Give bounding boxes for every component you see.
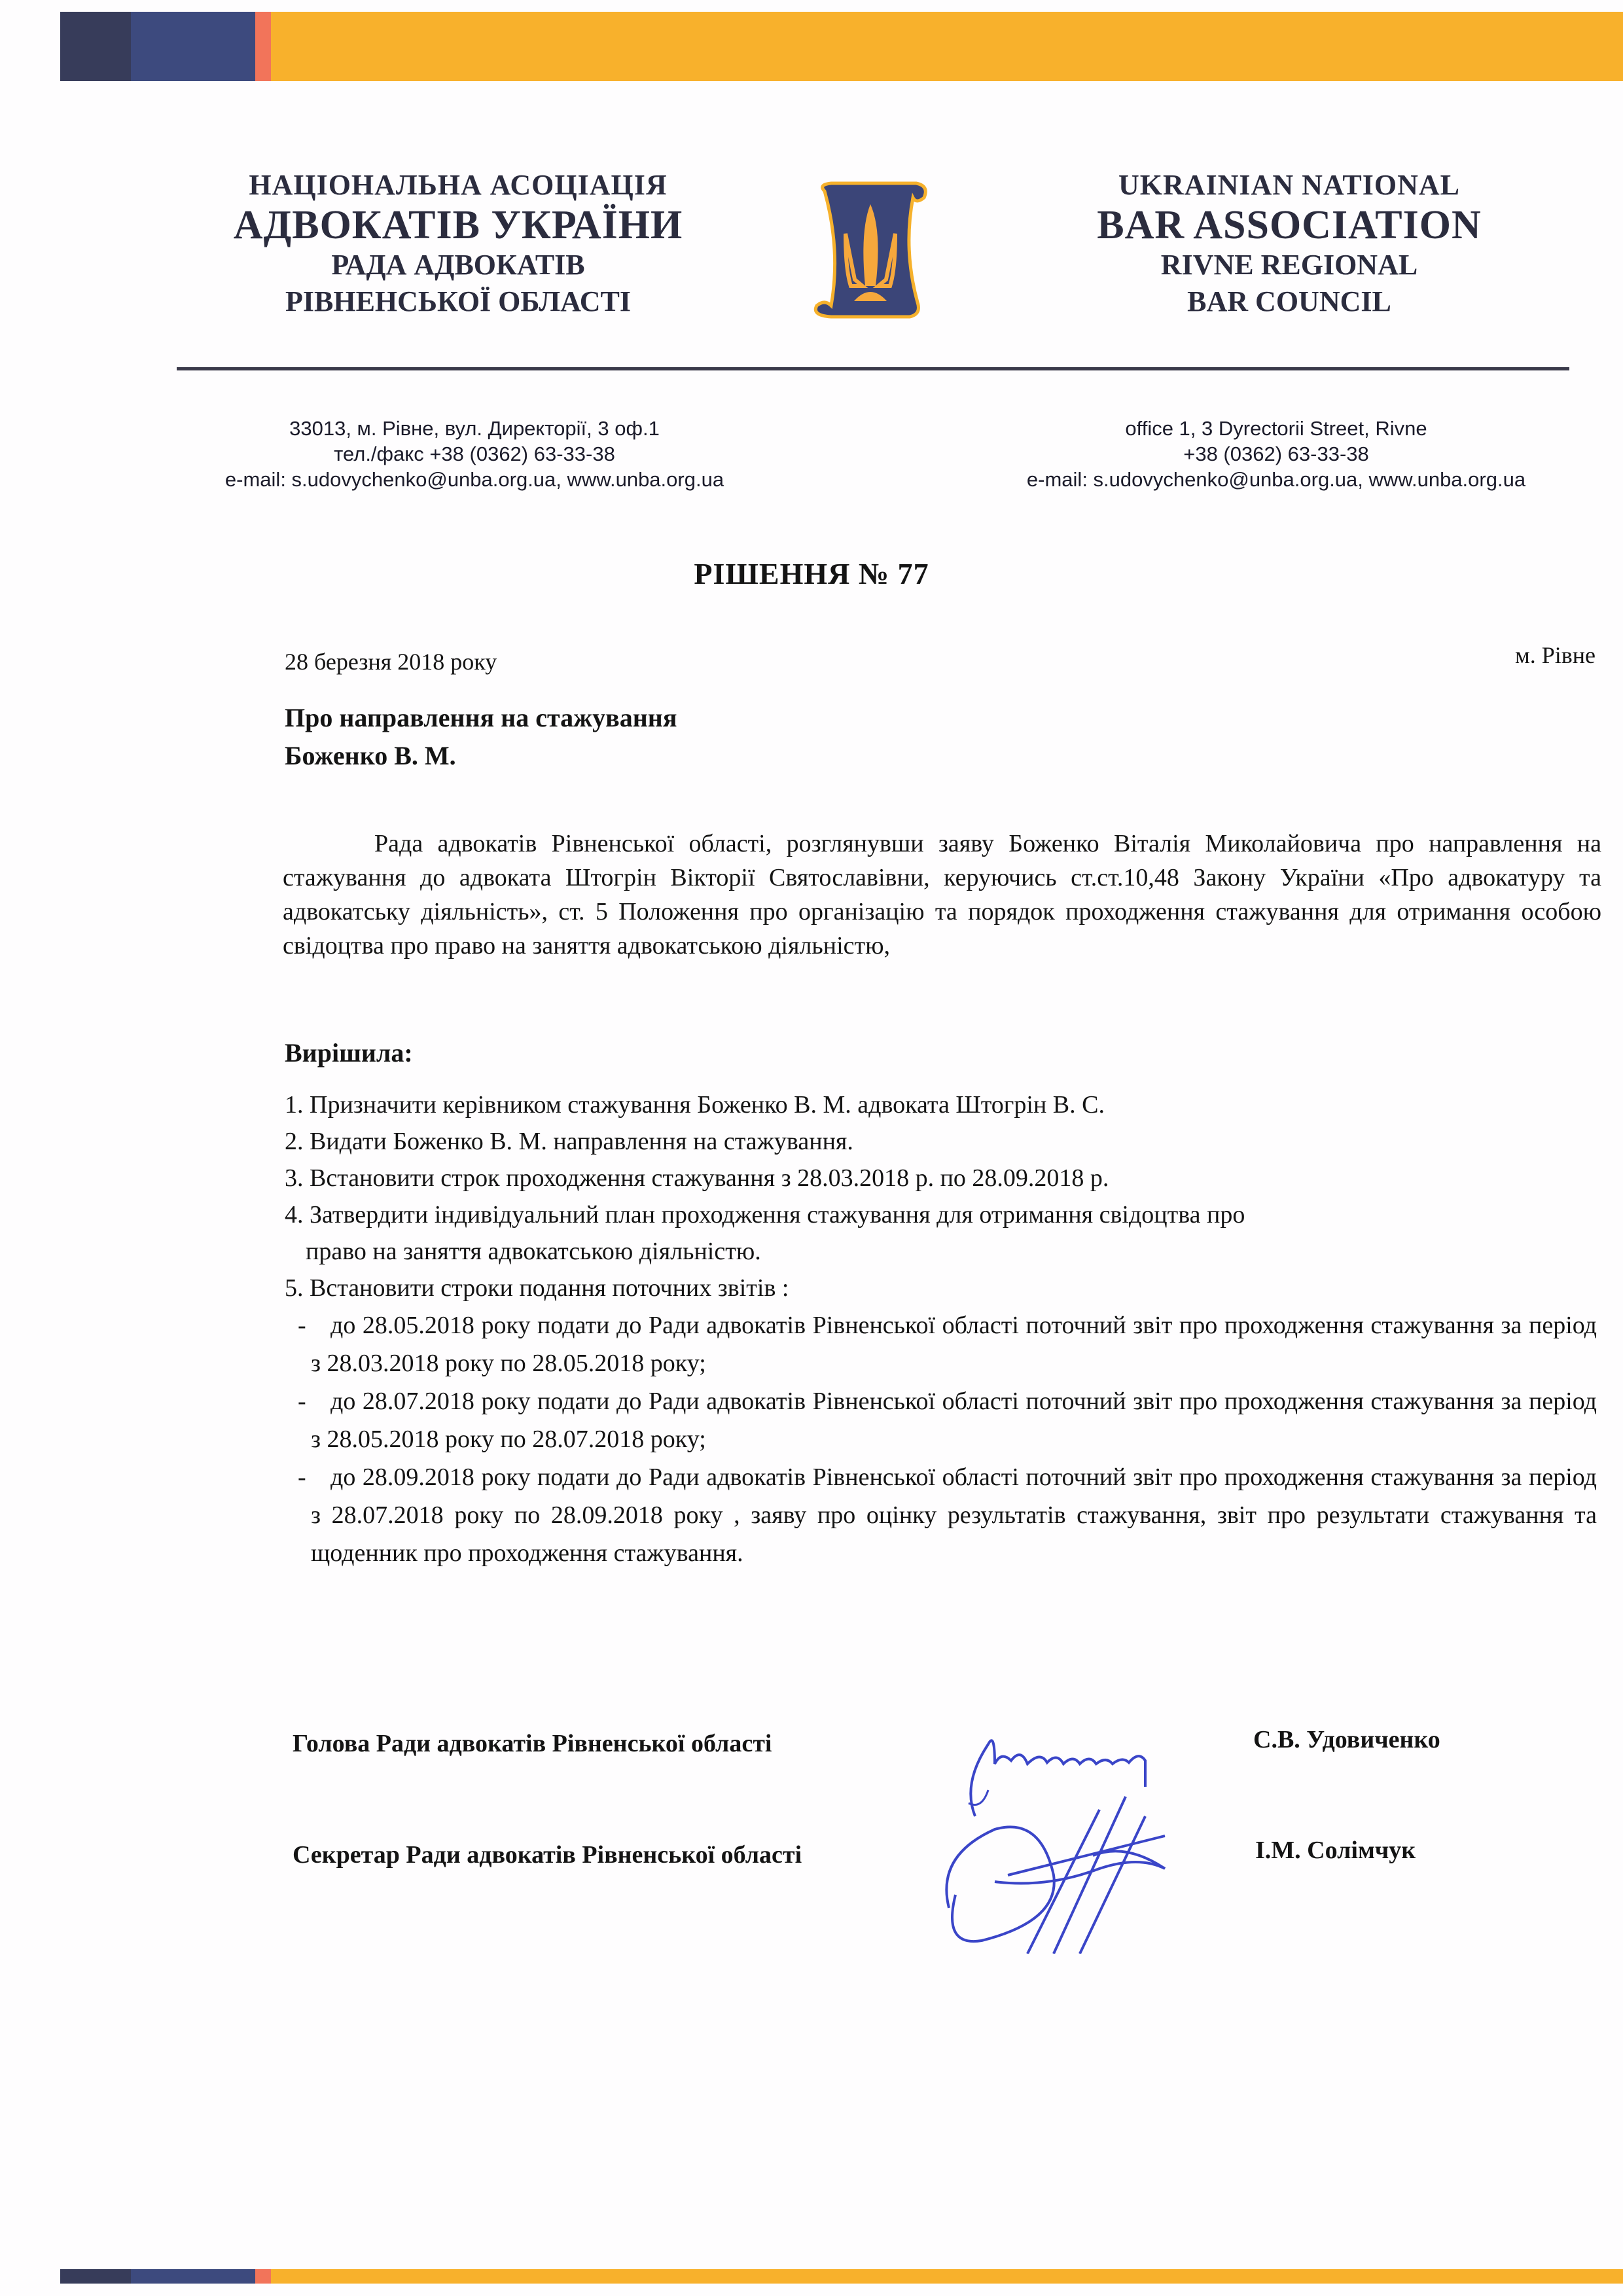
org-name-en-line1: UKRAINIAN NATIONAL bbox=[1027, 167, 1551, 204]
address-block-english: office 1, 3 Dyrectorii Street, Rivne +38… bbox=[949, 416, 1603, 492]
bar-orange-segment bbox=[271, 2269, 1623, 2284]
decision-item-5: 5. Встановити строки подання поточних зв… bbox=[285, 1270, 1597, 1306]
signatory-role-chair: Голова Ради адвокатів Рівненської област… bbox=[293, 1729, 772, 1758]
document-city: м. Рівне bbox=[1515, 641, 1596, 669]
letterhead-top-color-bar bbox=[60, 12, 1623, 81]
bar-navy-dark-segment bbox=[60, 2269, 131, 2284]
report-deadline-text: до 28.09.2018 року подати до Ради адвока… bbox=[311, 1463, 1597, 1567]
resolved-heading: Вирішила: bbox=[285, 1037, 413, 1068]
document-title: РІШЕННЯ № 77 bbox=[0, 556, 1623, 591]
report-deadline-item: -до 28.09.2018 року подати до Ради адвок… bbox=[285, 1458, 1597, 1572]
address-email-en: e-mail: s.udovychenko@unba.org.ua, www.u… bbox=[949, 467, 1603, 492]
subject-line1: Про направлення на стажування bbox=[285, 699, 677, 737]
scroll-trident-quill-icon bbox=[805, 171, 936, 329]
list-dash: - bbox=[298, 1458, 330, 1496]
address-phone: тел./факс +38 (0362) 63-33-38 bbox=[164, 441, 785, 467]
address-street-en: office 1, 3 Dyrectorii Street, Rivne bbox=[949, 416, 1603, 441]
council-name-line2: РІВНЕНСЬКОЇ ОБЛАСТІ bbox=[196, 283, 720, 320]
decision-item: 1. Призначити керівником стажування Боже… bbox=[285, 1086, 1597, 1123]
preamble-paragraph: Рада адвокатів Рівненської області, розг… bbox=[283, 827, 1601, 963]
letterhead-divider bbox=[177, 367, 1569, 370]
letterhead-ukrainian: НАЦІОНАЛЬНА АСОЦІАЦІЯ АДВОКАТІВ УКРАЇНИ … bbox=[196, 167, 720, 320]
bar-red-segment bbox=[255, 12, 271, 81]
decision-4-line2: право на заняття адвокатською діяльністю… bbox=[285, 1233, 1597, 1270]
report-deadline-text: до 28.05.2018 року подати до Ради адвока… bbox=[311, 1312, 1597, 1377]
document-date: 28 березня 2018 року bbox=[285, 648, 497, 675]
decision-item: 2. Видати Боженко В. М. направлення на с… bbox=[285, 1123, 1597, 1160]
bar-navy-segment bbox=[131, 12, 255, 81]
address-phone-en: +38 (0362) 63-33-38 bbox=[949, 441, 1603, 467]
document-subject: Про направлення на стажування Боженко В.… bbox=[285, 699, 677, 775]
report-deadline-item: -до 28.07.2018 року подати до Ради адвок… bbox=[285, 1382, 1597, 1458]
council-name-line1: РАДА АДВОКАТІВ bbox=[196, 247, 720, 283]
bar-red-segment bbox=[255, 2269, 271, 2284]
signatory-role-secretary: Секретар Ради адвокатів Рівненської обла… bbox=[293, 1840, 802, 1869]
report-deadline-text: до 28.07.2018 року подати до Ради адвока… bbox=[311, 1388, 1597, 1453]
subject-line2: Боженко В. М. bbox=[285, 737, 677, 775]
decision-4-line1: 4. Затвердити індивідуальний план проход… bbox=[285, 1201, 1245, 1229]
signatory-name-chair: С.В. Удовиченко bbox=[1253, 1725, 1440, 1754]
address-street: 33013, м. Рівне, вул. Директорії, 3 оф.1 bbox=[164, 416, 785, 441]
list-dash: - bbox=[298, 1306, 330, 1344]
org-name-line1: НАЦІОНАЛЬНА АСОЦІАЦІЯ bbox=[196, 167, 720, 204]
org-name-line2: АДВОКАТІВ УКРАЇНИ bbox=[196, 204, 720, 247]
handwritten-signature-secretary bbox=[929, 1790, 1296, 1954]
bar-navy-dark-segment bbox=[60, 12, 131, 81]
letterhead-bottom-color-bar bbox=[60, 2269, 1623, 2284]
council-name-en-line2: BAR COUNCIL bbox=[1027, 283, 1551, 320]
report-deadline-item: -до 28.05.2018 року подати до Ради адвок… bbox=[285, 1306, 1597, 1382]
list-dash: - bbox=[298, 1382, 330, 1420]
address-block-ukrainian: 33013, м. Рівне, вул. Директорії, 3 оф.1… bbox=[164, 416, 785, 492]
decision-item-4: 4. Затвердити індивідуальний план проход… bbox=[285, 1196, 1597, 1270]
org-name-en-line2: BAR ASSOCIATION bbox=[1027, 204, 1551, 247]
council-name-en-line1: RIVNE REGIONAL bbox=[1027, 247, 1551, 283]
signatory-name-secretary: І.М. Солімчук bbox=[1255, 1836, 1416, 1865]
bar-orange-segment bbox=[271, 12, 1623, 81]
address-email: e-mail: s.udovychenko@unba.org.ua, www.u… bbox=[164, 467, 785, 492]
decisions-list: 1. Призначити керівником стажування Боже… bbox=[285, 1086, 1597, 1572]
letterhead-english: UKRAINIAN NATIONAL BAR ASSOCIATION RIVNE… bbox=[1027, 167, 1551, 320]
decision-item: 3. Встановити строк проходження стажуван… bbox=[285, 1160, 1597, 1196]
bar-navy-segment bbox=[131, 2269, 255, 2284]
